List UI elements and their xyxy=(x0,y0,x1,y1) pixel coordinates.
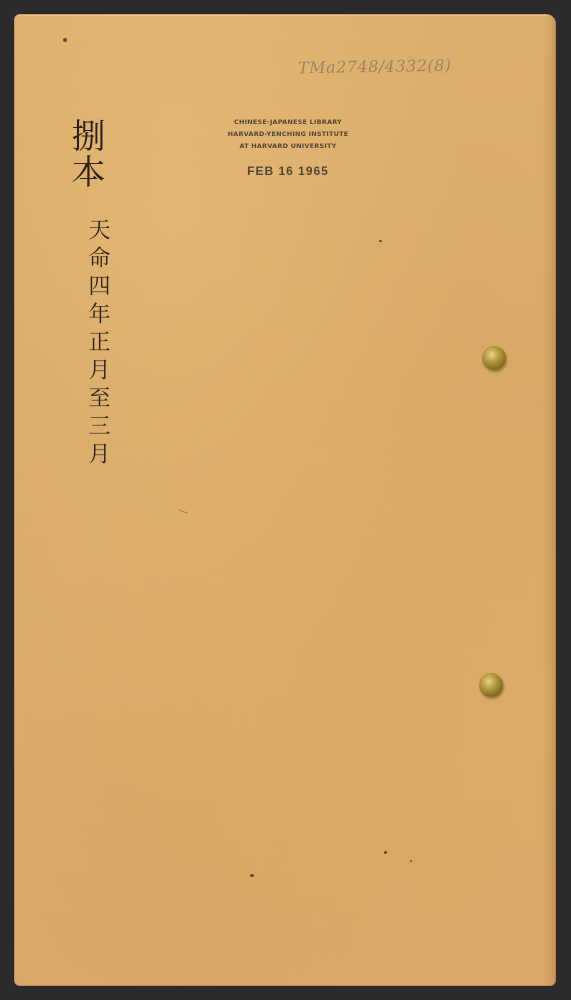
volume-date-range: 天命四年正月至三月 xyxy=(82,218,112,470)
spine-fold xyxy=(542,14,556,986)
brass-rivet-icon xyxy=(482,346,506,370)
stamp-date: FEB 16 1965 xyxy=(236,164,340,178)
scan-viewport: TMa2748/4332(8) CHINESE-JAPANESE LIBRARY… xyxy=(0,0,571,1000)
paper-speck xyxy=(384,851,387,854)
stamp-line-1: CHINESE-JAPANESE LIBRARY xyxy=(218,116,358,128)
paper-speck xyxy=(250,874,254,877)
brass-rivet-icon xyxy=(479,673,503,697)
volume-title: 捌本 xyxy=(58,118,108,190)
library-stamp: CHINESE-JAPANESE LIBRARY HARVARD-YENCHIN… xyxy=(218,116,358,152)
stamp-line-2: HARVARD-YENCHING INSTITUTE xyxy=(218,128,358,140)
handwritten-shelfmark: TMa2748/4332(8) xyxy=(298,56,452,78)
paper-speck xyxy=(63,38,67,42)
paper-speck xyxy=(178,509,188,513)
stamp-line-3: AT HARVARD UNIVERSITY xyxy=(218,140,358,152)
paper-speck xyxy=(379,240,382,242)
paper-speck xyxy=(410,860,412,862)
